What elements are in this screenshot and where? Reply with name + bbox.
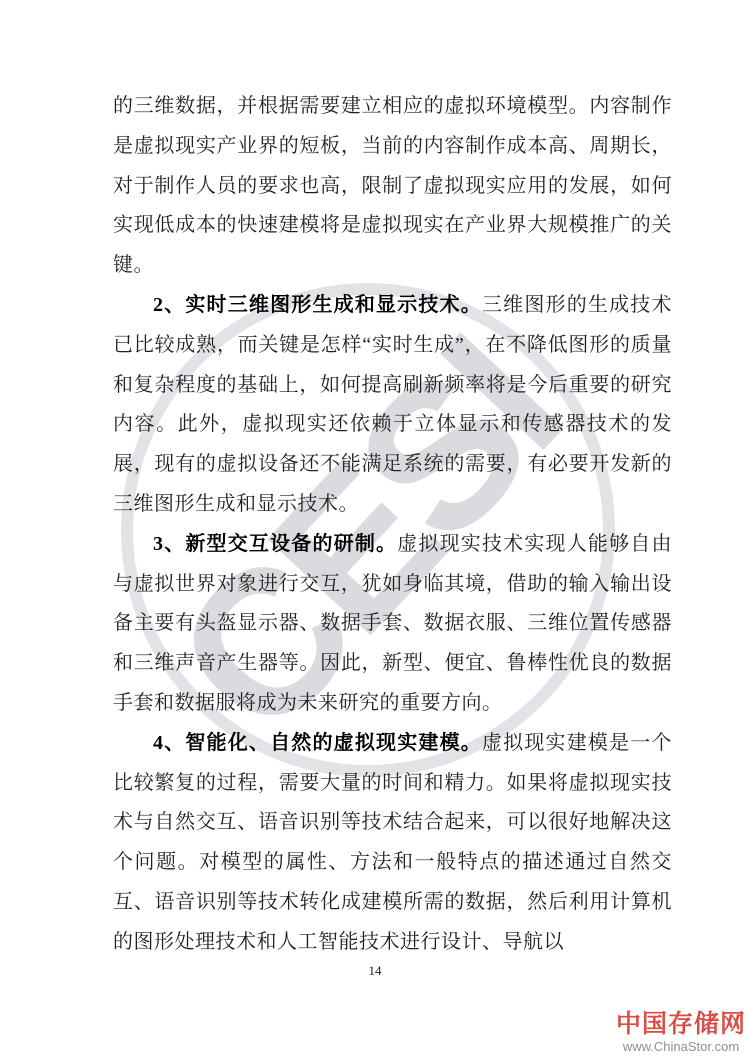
paragraph-body: 虚拟现实技术实现人能够自由与虚拟世界对象进行交互，犹如身临其境，借助的输入输出设… <box>113 533 672 714</box>
paragraph-body: 三维图形的生成技术已比较成熟，而关键是怎样“实时生成”，在不降低图形的质量和复杂… <box>113 294 672 515</box>
paragraph: 4、智能化、自然的虚拟现实建模。虚拟现实建模是一个比较繁复的过程，需要大量的时间… <box>113 724 672 963</box>
paragraph-lead: 4、智能化、自然的虚拟现实建模。 <box>153 732 482 754</box>
chinastor-stamp: 中国存储网 www.ChinaStor.com <box>616 1011 746 1054</box>
chinastor-stamp-url: www.ChinaStor.com <box>616 1040 746 1054</box>
document-page: CESI 的三维数据，并根据需要建立相应的虚拟环境模型。内容制作是虚拟现实产业界… <box>0 0 750 1060</box>
paragraph-lead: 2、实时三维图形生成和显示技术。 <box>153 294 482 316</box>
paragraph-body: 虚拟现实建模是一个比较繁复的过程，需要大量的时间和精力。如果将虚拟现实技术与自然… <box>113 732 672 953</box>
paragraph: 的三维数据，并根据需要建立相应的虚拟环境模型。内容制作是虚拟现实产业界的短板，当… <box>113 87 672 286</box>
paragraph-lead: 3、新型交互设备的研制。 <box>153 533 397 555</box>
page-number: 14 <box>0 963 750 979</box>
page-body: 的三维数据，并根据需要建立相应的虚拟环境模型。内容制作是虚拟现实产业界的短板，当… <box>113 87 672 963</box>
paragraph: 2、实时三维图形生成和显示技术。三维图形的生成技术已比较成熟，而关键是怎样“实时… <box>113 286 672 525</box>
paragraph: 3、新型交互设备的研制。虚拟现实技术实现人能够自由与虚拟世界对象进行交互，犹如身… <box>113 525 672 724</box>
paragraph-body: 的三维数据，并根据需要建立相应的虚拟环境模型。内容制作是虚拟现实产业界的短板，当… <box>113 95 672 276</box>
chinastor-stamp-title: 中国存储网 <box>616 1011 746 1039</box>
